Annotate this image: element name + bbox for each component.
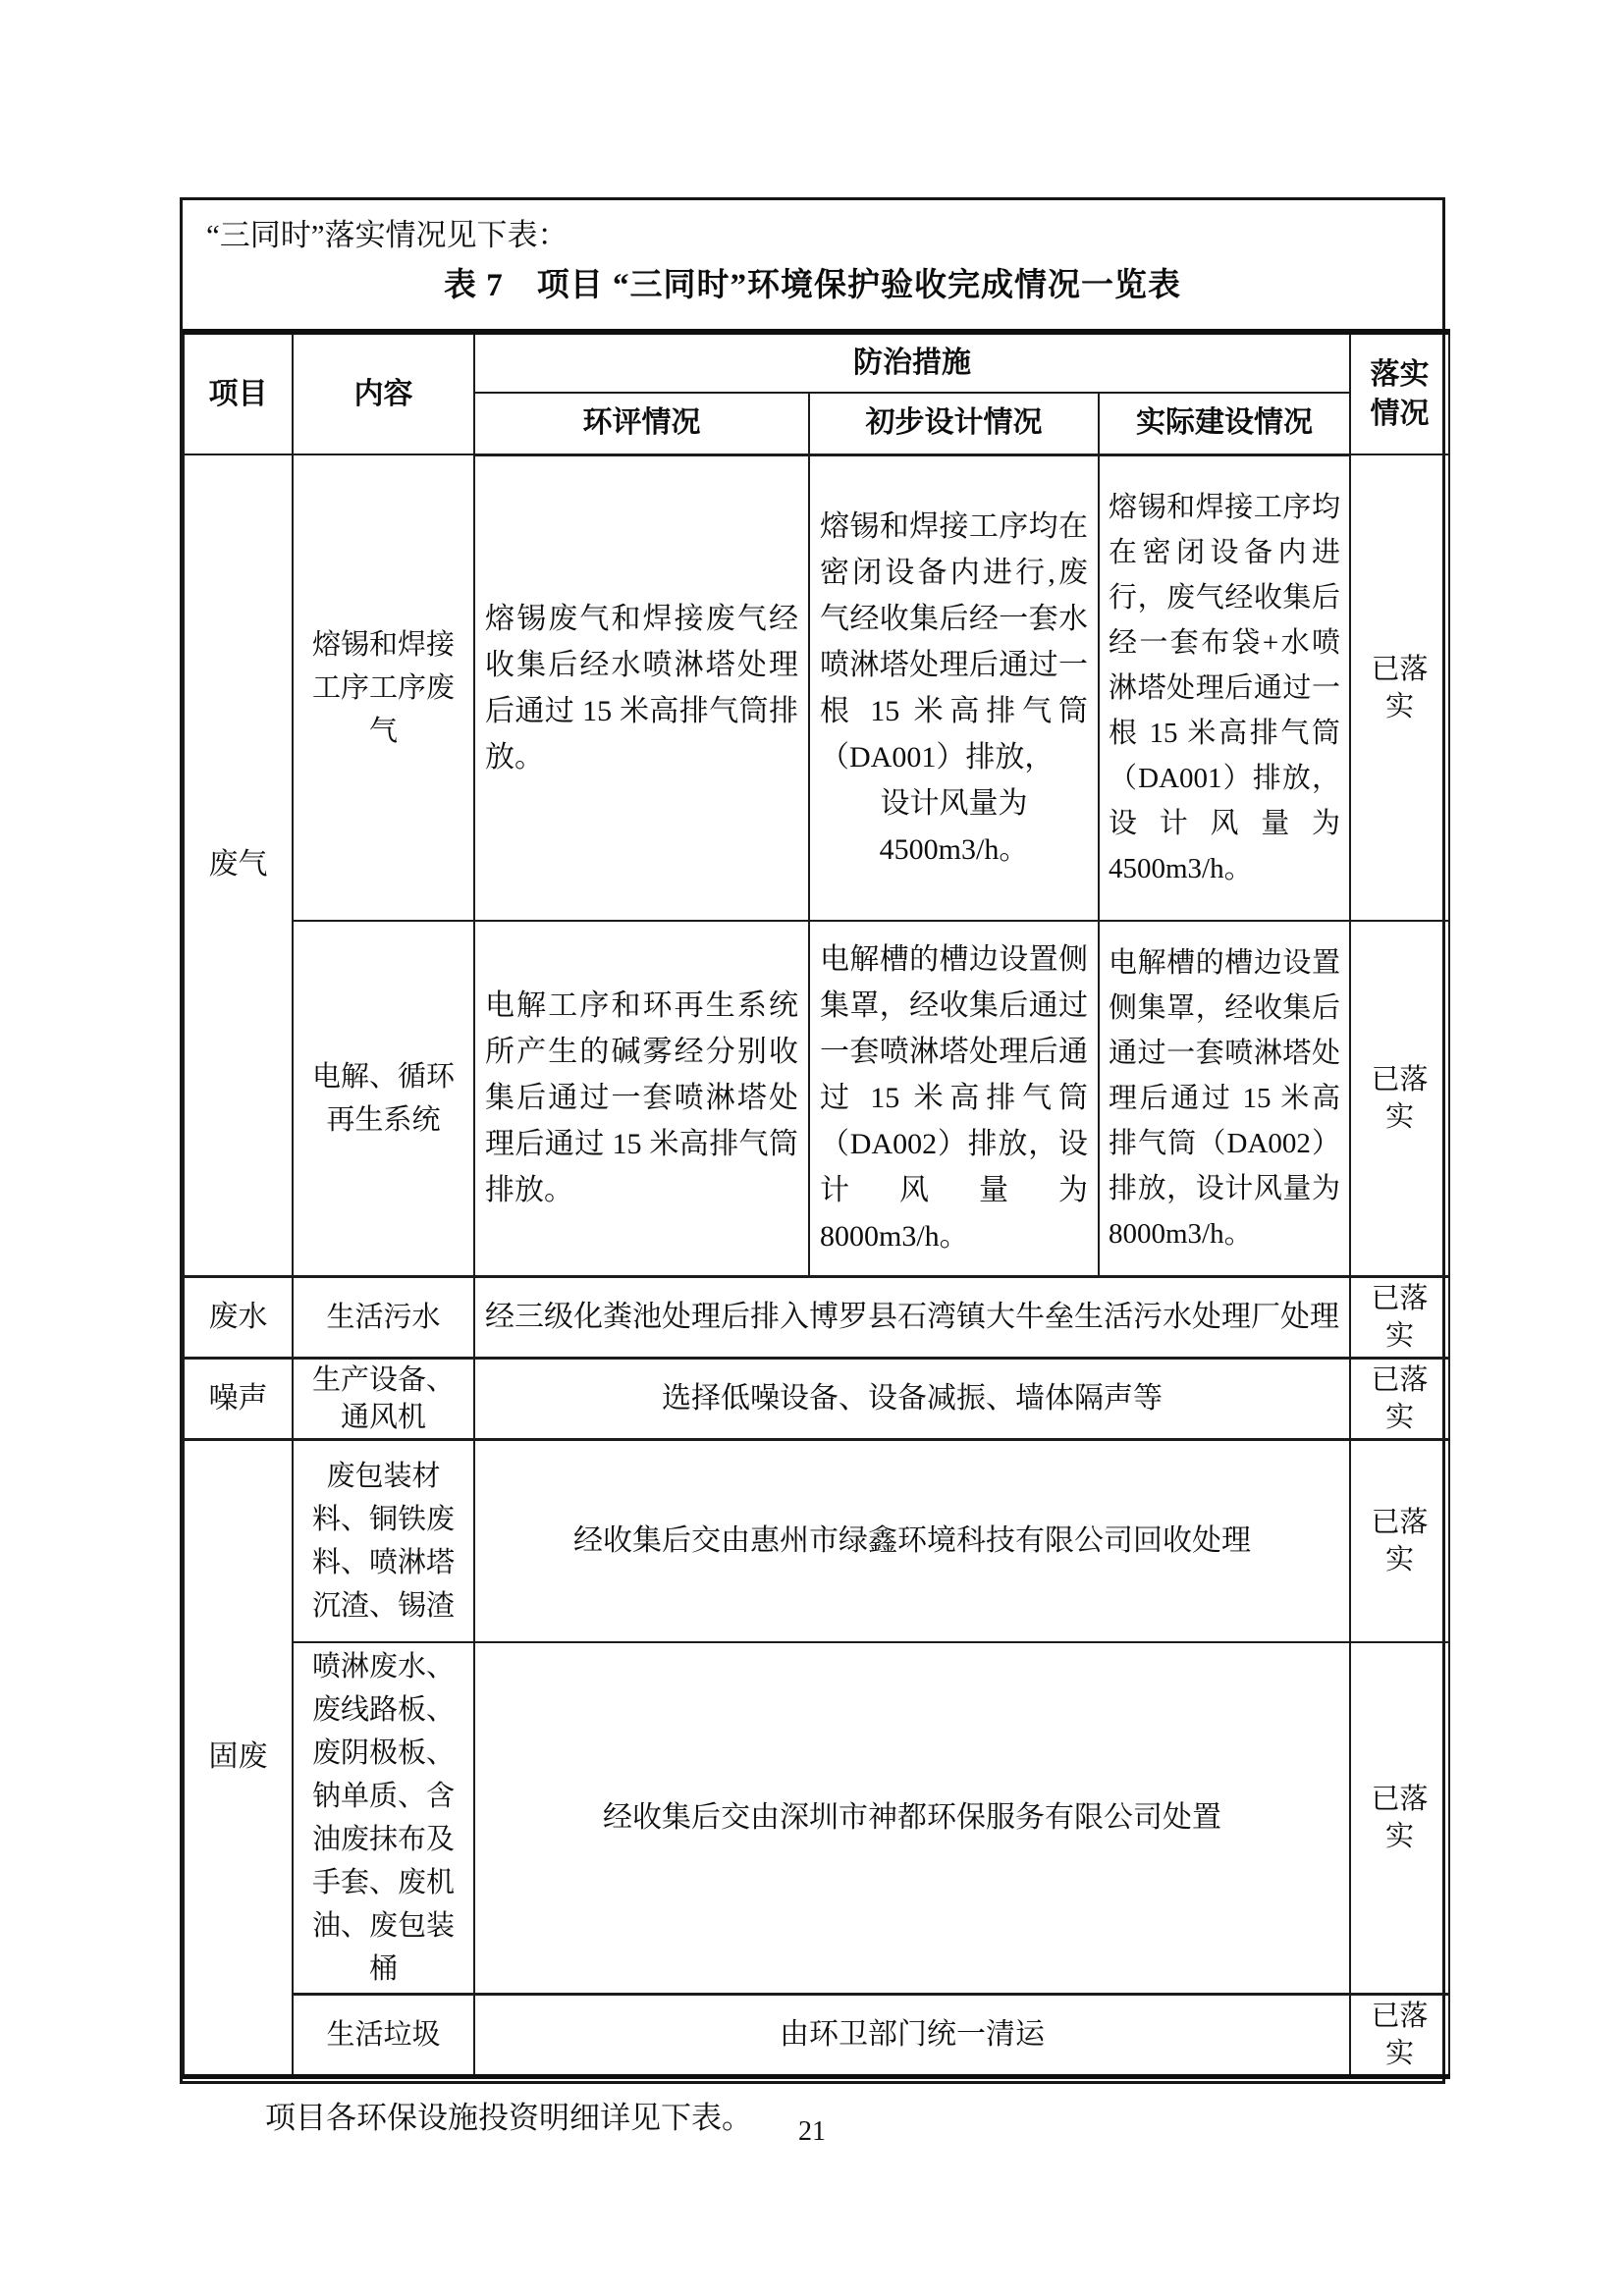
- content-frame: “三同时”落实情况见下表： 表 7 项目 “三同时”环境保护验收完成情况一览表 …: [180, 197, 1445, 2084]
- cell-content-equipment-fan: 生产设备、通风机: [293, 1358, 474, 1439]
- row-electrolysis: 电解、循环再生系统 电解工序和环再生系统所产生的碱雾经分别收集后通过一套喷淋塔处…: [184, 921, 1449, 1276]
- three-simultaneous-acceptance-table: 项目 内容 防治措施 落实情况 环评情况 初步设计情况 实际建设情况 废气 熔锡…: [183, 329, 1450, 2079]
- cell-measure-noise: 选择低噪设备、设备减振、墙体隔声等: [474, 1358, 1350, 1439]
- header-measures: 防治措施: [474, 332, 1350, 393]
- header-row-1: 项目 内容 防治措施 落实情况: [184, 332, 1449, 393]
- cell-actual-solder: 熔锡和焊接工序均在密闭设备内进行，废气经收集后经一套布袋+水喷淋塔处理后通过一根…: [1099, 454, 1350, 921]
- cell-status-recyclable: 已落实: [1350, 1439, 1449, 1642]
- cell-content-solder-process: 熔锡和焊接工序工序废气: [293, 454, 474, 921]
- row-solid-waste-hazardous: 喷淋废水、废线路板、废阴极板、钠单质、含油废抹布及手套、废机油、废包装桶 经收集…: [184, 1642, 1449, 1995]
- header-design: 初步设计情况: [809, 393, 1099, 454]
- cell-measure-sewage: 经三级化粪池处理后排入博罗县石湾镇大牛垒生活污水处理厂处理: [474, 1276, 1350, 1358]
- header-eia: 环评情况: [474, 393, 809, 454]
- cell-status-electrolysis: 已落实: [1350, 921, 1449, 1276]
- cell-design-solder-main: 熔锡和焊接工序均在密闭设备内进行,废气经收集后经一套水喷淋塔处理后通过一根 15…: [820, 504, 1088, 780]
- cell-item-waste-water: 废水: [184, 1276, 293, 1358]
- document-page: { "page": { "intro": "“三同时”落实情况见下表：", "t…: [0, 0, 1624, 2296]
- header-item: 项目: [184, 332, 293, 454]
- cell-status-solder: 已落实: [1350, 454, 1449, 921]
- cell-item-solid-waste: 固废: [184, 1439, 293, 2077]
- cell-measure-disposal-company: 经收集后交由深圳市神都环保服务有限公司处置: [474, 1642, 1350, 1995]
- row-domestic-garbage: 生活垃圾 由环卫部门统一清运 已落实: [184, 1995, 1449, 2077]
- cell-content-hazardous-waste: 喷淋废水、废线路板、废阴极板、钠单质、含油废抹布及手套、废机油、废包装桶: [293, 1642, 474, 1995]
- cell-measure-sanitation: 由环卫部门统一清运: [474, 1995, 1350, 2077]
- cell-actual-electrolysis: 电解槽的槽边设置侧集罩，经收集后通过一套喷淋塔处理后通过 15 米高排气筒（DA…: [1099, 921, 1350, 1276]
- row-solid-waste-recyclable: 固废 废包装材料、铜铁废料、喷淋塔沉渣、锡渣 经收集后交由惠州市绿鑫环境科技有限…: [184, 1439, 1449, 1642]
- header-status: 落实情况: [1350, 332, 1449, 454]
- row-waste-water: 废水 生活污水 经三级化粪池处理后排入博罗县石湾镇大牛垒生活污水处理厂处理 已落…: [184, 1276, 1449, 1358]
- cell-status-noise: 已落实: [1350, 1358, 1449, 1439]
- cell-content-electrolysis: 电解、循环再生系统: [293, 921, 474, 1276]
- cell-design-solder-tail: 设计风量为 4500m3/h。: [820, 780, 1088, 873]
- row-noise: 噪声 生产设备、通风机 选择低噪设备、设备减振、墙体隔声等 已落实: [184, 1358, 1449, 1439]
- cell-status-hazardous: 已落实: [1350, 1642, 1449, 1995]
- cell-eia-electrolysis: 电解工序和环再生系统所产生的碱雾经分别收集后通过一套喷淋塔处理后通过 15 米高…: [474, 921, 809, 1276]
- cell-status-sewage: 已落实: [1350, 1276, 1449, 1358]
- cell-design-solder: 熔锡和焊接工序均在密闭设备内进行,废气经收集后经一套水喷淋塔处理后通过一根 15…: [809, 454, 1099, 921]
- header-actual: 实际建设情况: [1099, 393, 1350, 454]
- cell-design-electrolysis: 电解槽的槽边设置侧集罩，经收集后通过一套喷淋塔处理后通过 15 米高排气筒（DA…: [809, 921, 1099, 1276]
- cell-measure-recycle-company: 经收集后交由惠州市绿鑫环境科技有限公司回收处理: [474, 1439, 1350, 1642]
- cell-item-noise: 噪声: [184, 1358, 293, 1439]
- table-title: 表 7 项目 “三同时”环境保护验收完成情况一览表: [183, 262, 1442, 309]
- header-content: 内容: [293, 332, 474, 454]
- cell-item-waste-gas: 废气: [184, 454, 293, 1276]
- cell-status-garbage: 已落实: [1350, 1995, 1449, 2077]
- cell-content-packaging-scrap: 废包装材料、铜铁废料、喷淋塔沉渣、锡渣: [293, 1439, 474, 1642]
- cell-content-domestic-sewage: 生活污水: [293, 1276, 474, 1358]
- row-waste-gas-solder: 废气 熔锡和焊接工序工序废气 熔锡废气和焊接废气经收集后经水喷淋塔处理后通过 1…: [184, 454, 1449, 921]
- intro-line: “三同时”落实情况见下表：: [206, 214, 1442, 257]
- page-number: 21: [0, 2116, 1624, 2148]
- cell-content-domestic-garbage: 生活垃圾: [293, 1995, 474, 2077]
- cell-eia-solder: 熔锡废气和焊接废气经收集后经水喷淋塔处理后通过 15 米高排气筒排放。: [474, 454, 809, 921]
